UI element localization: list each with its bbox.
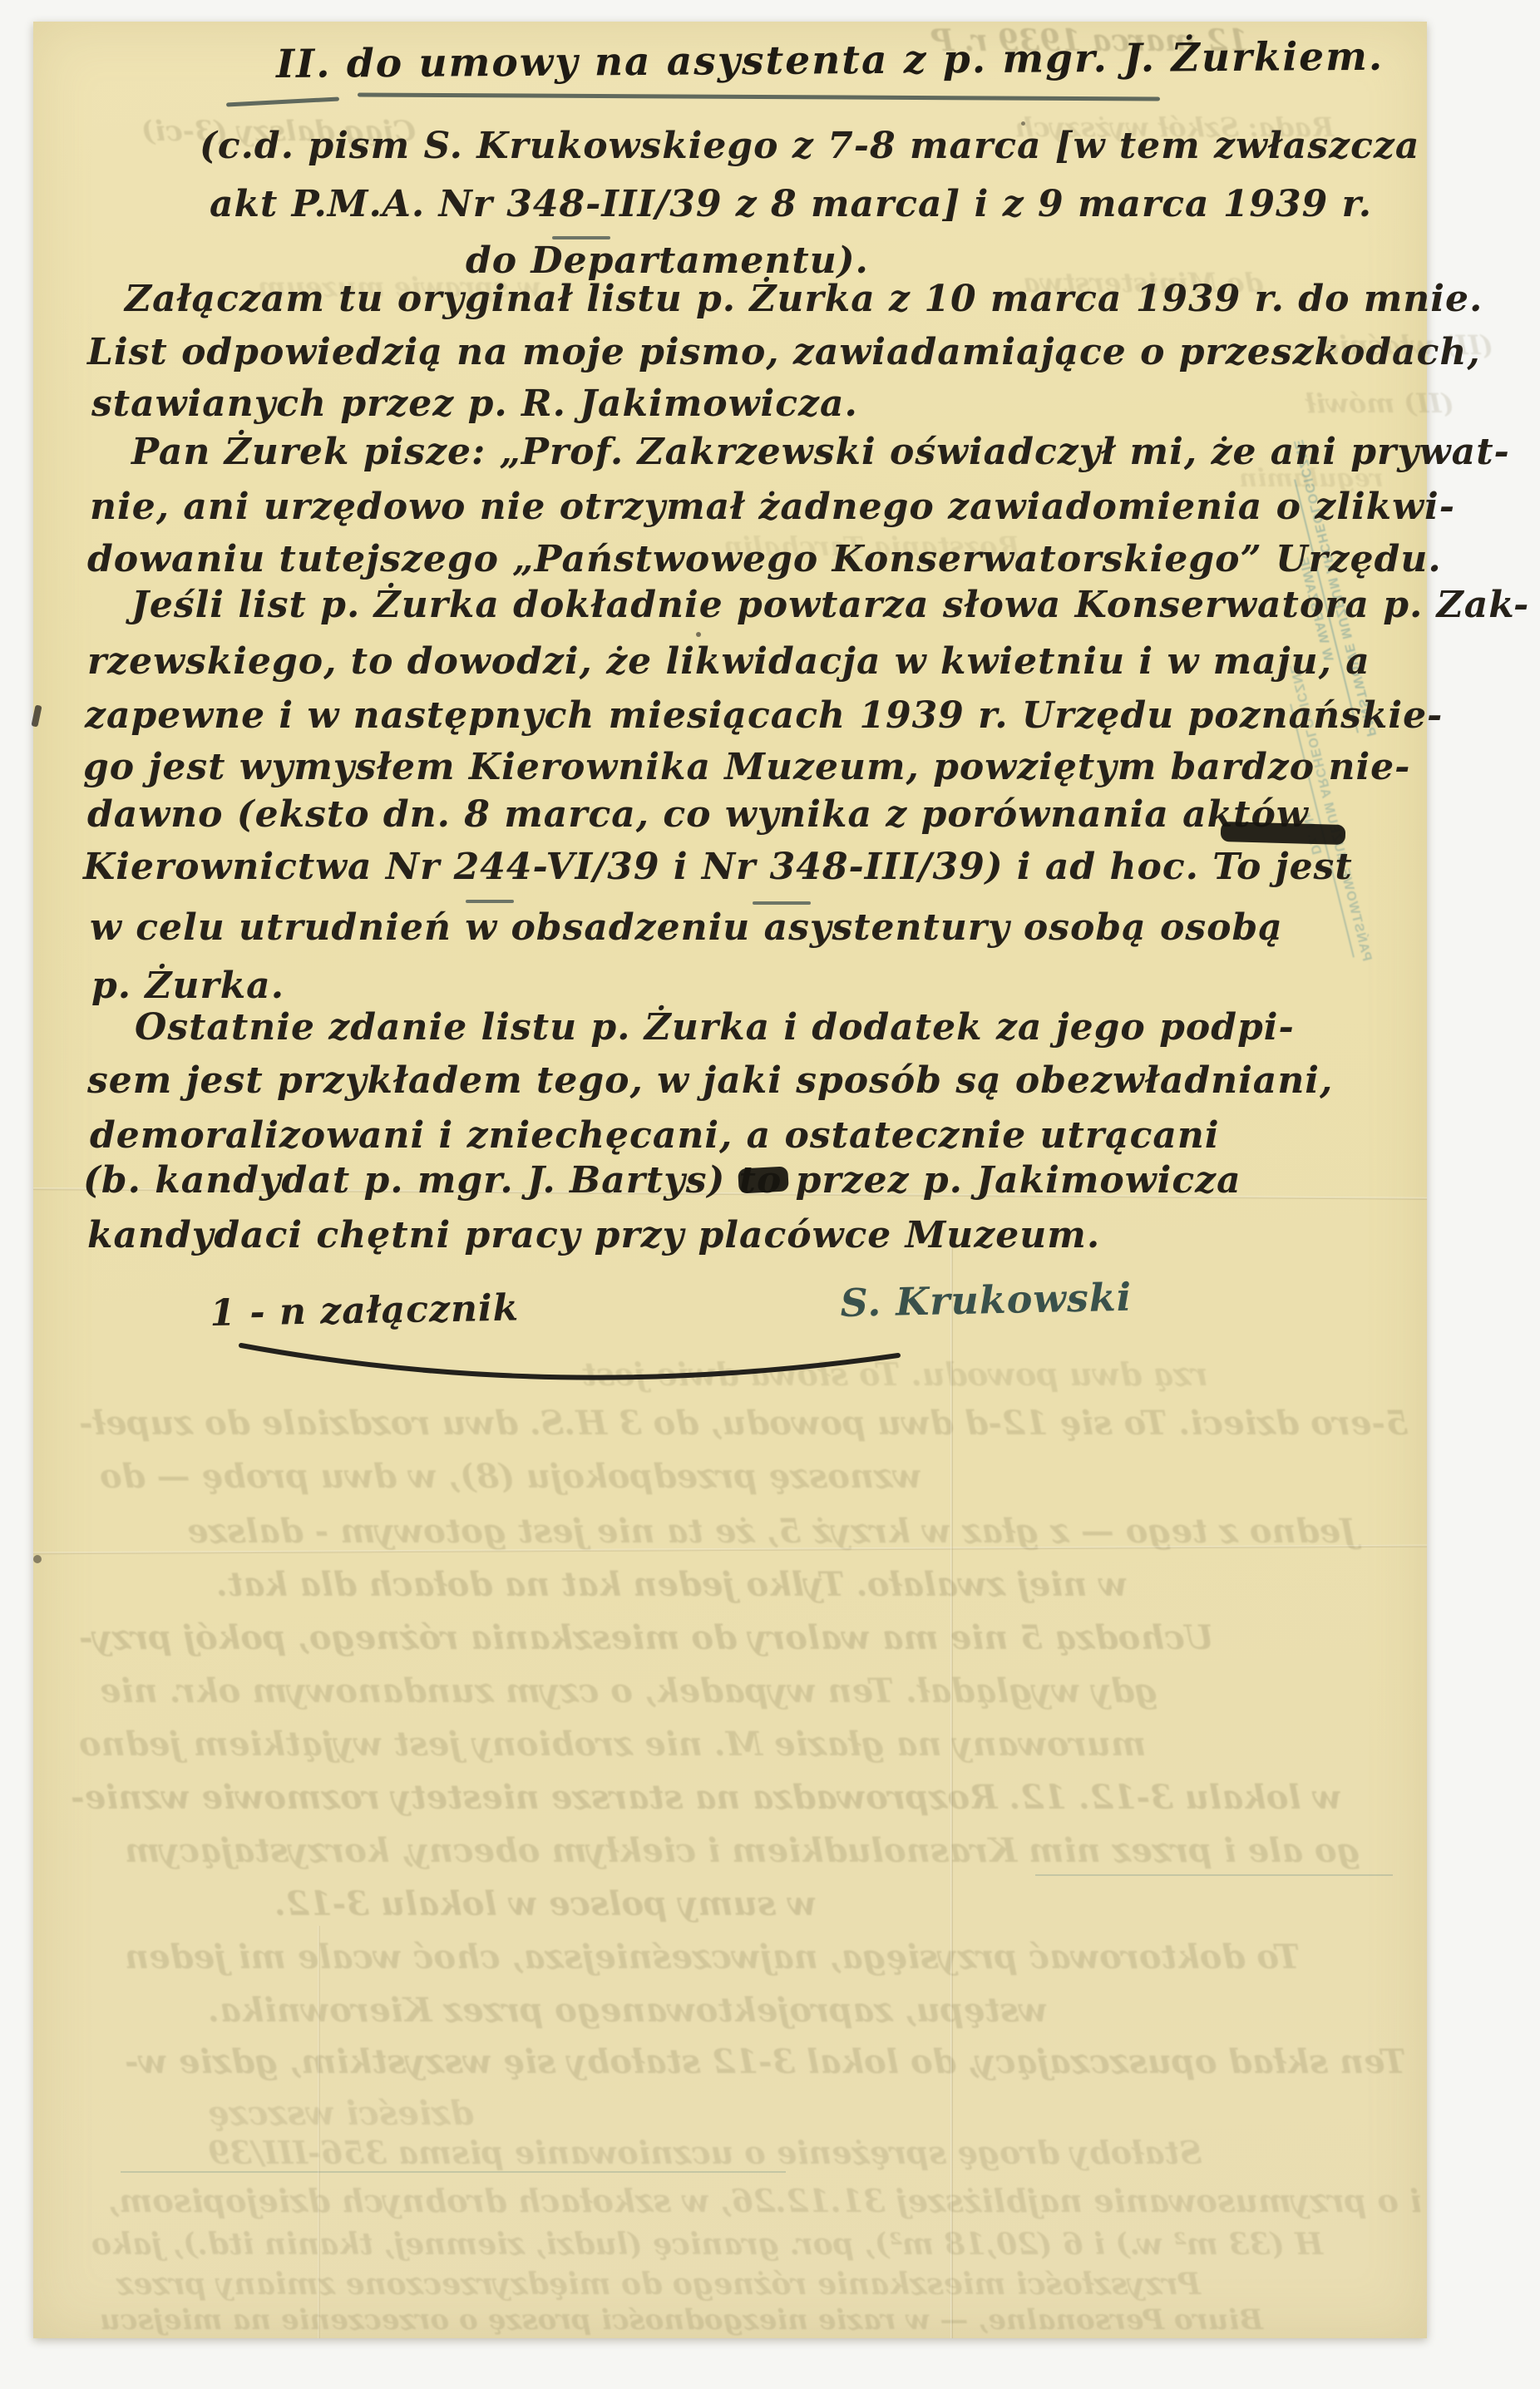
letter-line: stawianych przez p. R. Jakimowicza.: [91, 383, 858, 425]
letter-line: dowaniu tutejszego „Państwowego Konserwa…: [87, 538, 1442, 580]
letter-title: II. do umowy na asystenta z p. mgr. J. Ż…: [276, 34, 1384, 87]
letter-line: (b. kandydat p. mgr. J. Bartys) to przez…: [83, 1159, 1241, 1202]
bleedthrough-ghost-line: wznoszę przedpokoju (8), w dwu probę — d…: [100, 1457, 921, 1496]
bleedthrough-ghost-line: Stałoby drogę sprężenie o uczniowanie pi…: [208, 2134, 1202, 2171]
bleedthrough-ghost-line: w niej zwalało. Tylko jeden kat na dołac…: [216, 1565, 1128, 1604]
bleedthrough-ghost-line: rzą dwu powodu. To słowa dwie jest: [582, 1355, 1208, 1393]
bleedthrough-ghost-line: Przyszłości mieszkanie różnego do między…: [116, 2267, 1201, 2302]
bleedthrough-ghost-line: wstępu, zaprojektowanego przez Kierownik…: [208, 1991, 1048, 2030]
bleedthrough-ghost-line: go ale i przez nim Krasnoludkiem i ciekł…: [125, 1831, 1360, 1870]
bleedthrough-ghost-line: w sumy polsce w lokalu 3-12.: [274, 1884, 817, 1923]
bleedthrough-ghost-line: To doktorować przysięga, najwcześniejsza…: [125, 1937, 1300, 1977]
bleedthrough-ghost-line: Biuro Personalne, — w razie niezgodności…: [100, 2303, 1263, 2337]
bleedthrough-ghost-line: i o przymusowanie najbliższej 31.12.26, …: [108, 2182, 1422, 2219]
fold-crease: [950, 1236, 953, 2338]
bleedthrough-ghost-line: murowany na głazie M. nie zrobiony jest …: [79, 1725, 1146, 1764]
letter-line: sem jest przykładem tego, w jaki sposób …: [87, 1059, 1333, 1102]
fold-crease: [318, 1926, 320, 2338]
letter-line: (c.d. pism S. Krukowskiego z 7-8 marca […: [200, 125, 1419, 167]
letter-paper: 12 marca 1939 r. P Ciąg dalszy (3-ci) Ra…: [33, 22, 1427, 2338]
title-underline: [358, 92, 1160, 101]
scanned-letter-page: 12 marca 1939 r. P Ciąg dalszy (3-ci) Ra…: [0, 0, 1540, 2389]
letter-line: do Departamentu).: [466, 239, 869, 282]
letter-line: Jeśli list p. Żurka dokładnie powtarza s…: [131, 584, 1529, 626]
margin-mark: [31, 704, 42, 727]
letter-line: Załączam tu oryginał listu p. Żurka z 10…: [125, 278, 1483, 320]
bleedthrough-ghost-line: H (33 m² w.) i 6 (20,18 m²), por. granic…: [91, 2227, 1323, 2262]
letter-line: List odpowiedzią na moje pismo, zawiadam…: [87, 331, 1481, 373]
bleedthrough-ghost-line: Uchodzą 5 nie ma walory do mieszkania ró…: [79, 1618, 1214, 1657]
bleedthrough-ghost-line: dzieści wszczę: [208, 2094, 474, 2133]
letter-line: dawno (eksto dn. 8 marca, co wynika z po…: [87, 793, 1309, 836]
title-underline: [226, 96, 339, 106]
letter-line: Ostatnie zdanie listu p. Żurka i dodatek…: [135, 1006, 1295, 1049]
margin-mark: [33, 1555, 42, 1563]
ink-speck: [696, 632, 701, 637]
numeral-underline: [753, 901, 811, 905]
letter-line: rzewskiego, to dowodzi, że likwidacja w …: [87, 640, 1370, 683]
ink-redaction-bar: [1221, 822, 1346, 845]
letter-line: w celu utrudnień w obsadzeniu asystentur…: [90, 906, 1283, 949]
bleedthrough-ghost-line: gdy wyglądał. Ten wypadek, o czym zundan…: [100, 1671, 1157, 1710]
letter-line: demoralizowani i zniechęcani, a ostatecz…: [90, 1114, 1220, 1157]
letter-line: kandydaci chętni pracy przy placówce Muz…: [87, 1214, 1100, 1256]
letter-line: go jest wymysłem Kierownika Muzeum, powz…: [83, 746, 1410, 788]
letter-line: Pan Żurek pisze: „Prof. Zakrzewski oświa…: [131, 431, 1510, 473]
signature: S. Krukowski: [840, 1275, 1133, 1325]
letter-line: Kierownictwa Nr 244-VI/39 i Nr 348-III/3…: [83, 846, 1353, 888]
letter-line: akt P.M.A. Nr 348-III/39 z 8 marca] i z …: [210, 183, 1372, 225]
attachment-note: 1 - n załącznik: [210, 1287, 520, 1335]
bleedthrough-underline: [1035, 1874, 1393, 1876]
bleedthrough-ghost-line: Jedno z tego — z głaz w krzyż 5, że ta n…: [187, 1512, 1356, 1551]
bleedthrough-ghost-line: (II) mówił: [1306, 387, 1454, 419]
letter-line: p. Żurka.: [91, 965, 284, 1007]
letter-line: nie, ani urzędowo nie otrzymał żadnego z…: [90, 486, 1455, 528]
numeral-underline: [466, 900, 514, 903]
ink-speck: [1021, 121, 1025, 126]
letter-line: zapewne i w następnych miesiącach 1939 r…: [85, 694, 1443, 737]
bleedthrough-ghost-line: 5-ero dzieci. To się 12-d dwu powodu, do…: [79, 1404, 1409, 1443]
bleedthrough-underline: [121, 2171, 786, 2173]
bleedthrough-ghost-line: w lokalu 3-12. 12. Rozprowadza na starsz…: [71, 1778, 1341, 1817]
numeral-underline: [552, 236, 610, 239]
ink-blot-strikeout: [738, 1166, 788, 1193]
